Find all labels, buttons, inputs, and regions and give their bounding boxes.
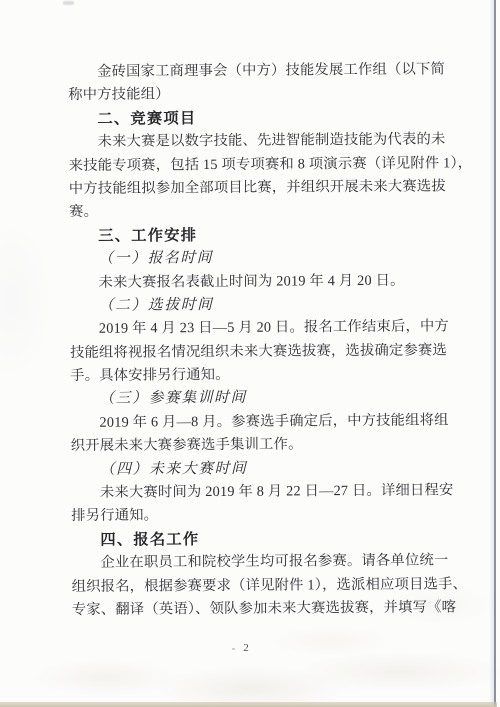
paragraph-line: 赛。 <box>69 199 465 225</box>
subsection-heading: （一）报名时间 <box>69 245 465 271</box>
paragraph-line: 未来大赛时间为 2019 年 8 月 22 日—27 日。详细日程安 <box>71 479 467 505</box>
text-block: 金砖国家工商理事会（中方）技能发展工作组（以下简称中方技能组）二、竞赛项目未来大… <box>68 58 468 622</box>
paragraph-line: 排另行通知。 <box>71 503 467 529</box>
page-number: 2 <box>240 642 252 654</box>
paragraph-line: 专家、翻译（英语）、领队参加未来大赛选拔赛，并填写《喀 <box>72 596 468 622</box>
paragraph-line: 中方技能组拟参加全部项目比赛，并组织开展未来大赛选拔 <box>69 175 465 201</box>
subsection-heading: （四）未来大赛时间 <box>71 456 467 482</box>
scan-artifact-speck <box>232 648 235 650</box>
section-heading: 三、工作安排 <box>69 222 465 248</box>
paragraph-line: 企业在职员工和院校学生均可报名参赛。请各单位统一 <box>71 549 467 575</box>
paragraph-line: 未来大赛报名表截止时间为 2019 年 4 月 20 日。 <box>69 269 465 295</box>
scan-edge-bottom <box>0 702 497 707</box>
section-heading: 四、报名工作 <box>71 526 467 552</box>
paragraph-line: 金砖国家工商理事会（中方）技能发展工作组（以下简 <box>68 58 464 84</box>
paragraph-line: 组织报名，根据参赛要求（详见附件 1），选派相应项目选手、 <box>72 573 468 599</box>
paragraph-line: 未来大赛是以数字技能、先进智能制造技能为代表的未 <box>68 128 464 154</box>
subsection-heading: （二）选拔时间 <box>70 292 466 318</box>
scan-edge-right <box>494 0 496 707</box>
paragraph-line: 2019 年 4 月 23 日—5 月 20 日。报名工作结束后，中方 <box>70 316 466 342</box>
paragraph-line: 技能组将视报名情况组织未来大赛选拔赛，选拔确定参赛选 <box>70 339 466 365</box>
document-page: 金砖国家工商理事会（中方）技能发展工作组（以下简称中方技能组）二、竞赛项目未来大… <box>0 0 500 707</box>
paragraph-line: 来技能专项赛，包括 15 项专项赛和 8 项演示赛（详见附件 1）， <box>69 152 465 178</box>
paragraph-line: 2019 年 6 月—8 月。参赛选手确定后，中方技能组将组 <box>70 409 466 435</box>
paragraph-line: 织开展未来大赛参赛选手集训工作。 <box>71 432 467 458</box>
section-heading: 二、竞赛项目 <box>68 105 464 131</box>
scan-artifact-top <box>63 1 74 5</box>
paragraph-line: 手。具体安排另行通知。 <box>70 362 466 388</box>
paragraph-line: 称中方技能组） <box>68 82 464 108</box>
subsection-heading: （三）参赛集训时间 <box>70 386 466 412</box>
